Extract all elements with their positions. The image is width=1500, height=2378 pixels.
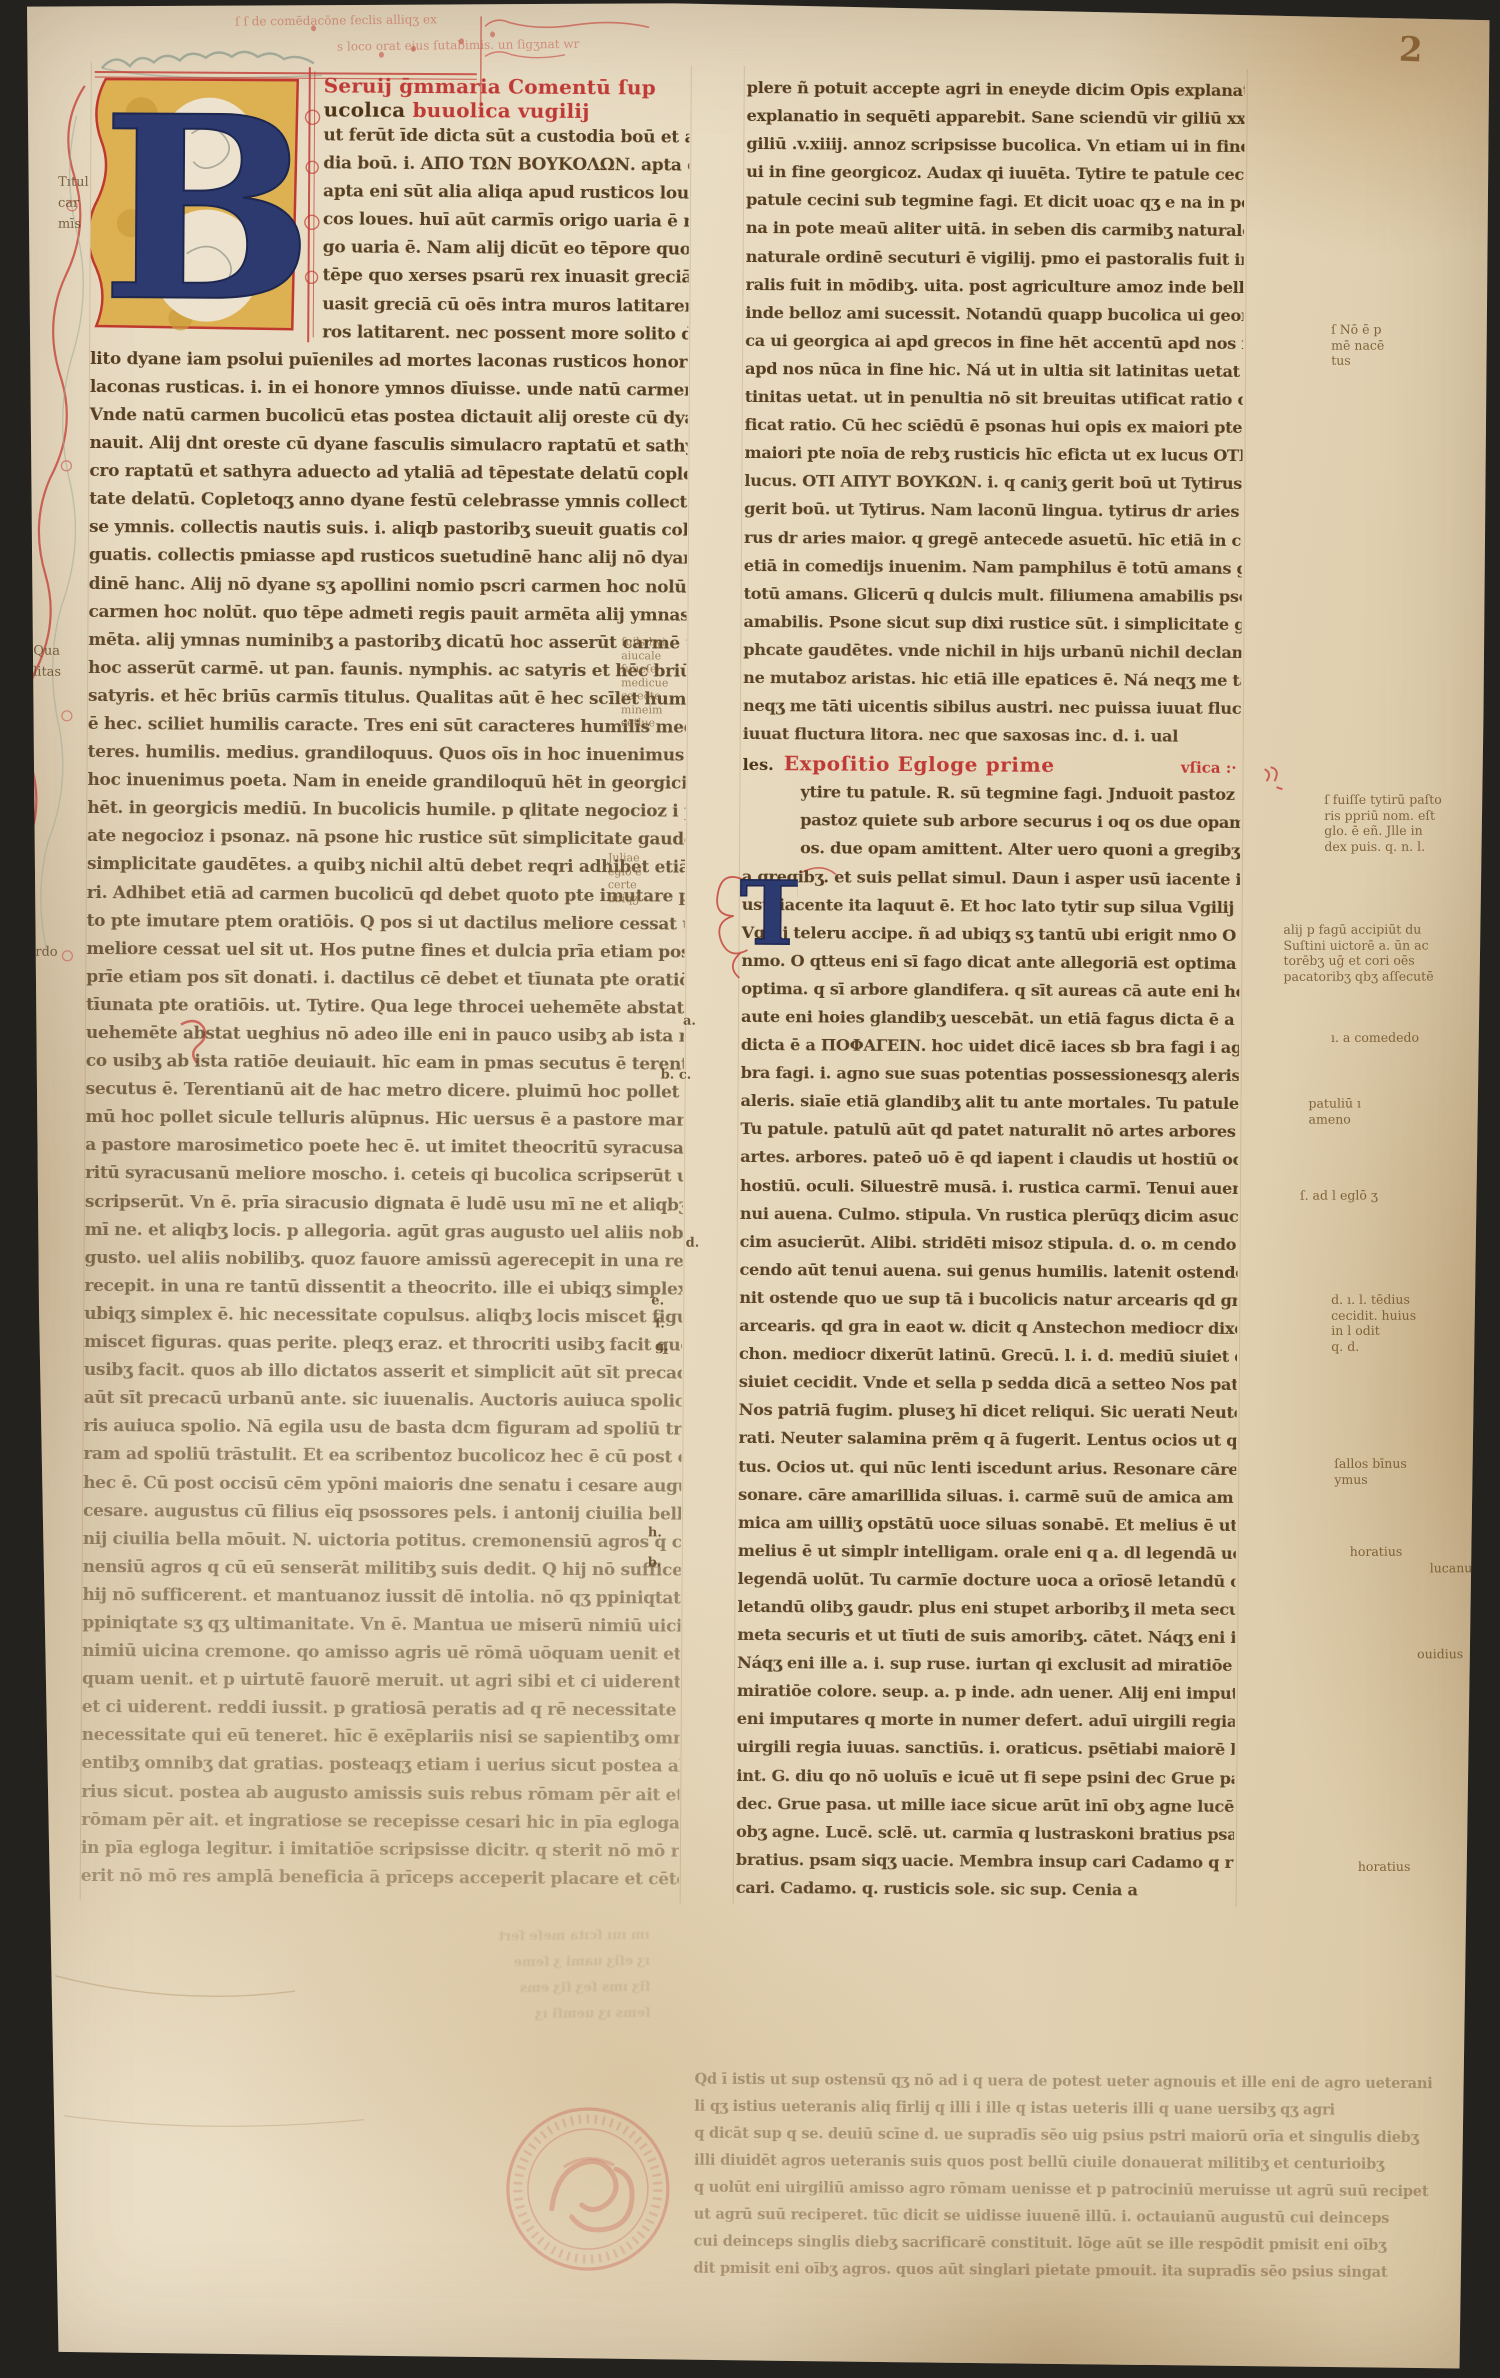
- ink-showthrough-line: ıʒ eſiʒ uami ʒ ſeme: [450, 1949, 650, 1977]
- margin-note: Qualitas: [33, 641, 61, 683]
- manuscript-line: cesare. augustus cū filius eīq psossores…: [83, 1497, 681, 1529]
- page-content: ſ ſ de comēdacōne ſeclis alliqʒ ex s loc…: [0, 0, 1500, 2378]
- parchment-page: ſ ſ de comēdacōne ſeclis alliqʒ ex s loc…: [0, 0, 1500, 2378]
- manuscript-line: nit ostende quo ue sup tā i bucolicis na…: [739, 1284, 1237, 1315]
- gloss-letter: g.: [655, 1339, 669, 1354]
- addition-line: dit pmisit eni oībʒ agros. quos aūt sing…: [693, 2255, 1485, 2287]
- manuscript-line: Náqʒ eni ille a. i. sup ruse. iurtan qi …: [737, 1649, 1235, 1680]
- manuscript-line: meliore cessat uel sit ut. Hos putne fin…: [86, 935, 684, 967]
- manuscript-line: rius sicut. postea ab augusto amissis su…: [81, 1777, 679, 1809]
- manuscript-line: co usibʒ ab ista ratiōe deuiauit. hīc ea…: [86, 1047, 684, 1079]
- margin-note-line: ı. a comededo: [1331, 1030, 1419, 1046]
- manuscript-line: aleris. siaīe etiā glandibʒ alit tu ante…: [740, 1087, 1238, 1118]
- manuscript-line: ralis fuit in mōdibʒ. uita. post agricul…: [745, 271, 1243, 302]
- red-ink-dot: [311, 25, 316, 31]
- manuscript-line: tate delatū. Copletoqʒ anno dyane festū …: [89, 485, 687, 517]
- manuscript-line: bratius. psam siqʒ uacie. Membra insup c…: [736, 1846, 1234, 1877]
- gutter-note-line: mineim: [621, 703, 668, 717]
- manuscript-line: in pīa egloga legitur. i imitatiōe scrip…: [81, 1834, 679, 1866]
- manuscript-line: hēt. in georgicis mediū. In bucolicis hu…: [87, 794, 685, 826]
- manuscript-line: ros latitarent. nec possent more solito …: [322, 318, 688, 348]
- margin-note-line: pacatoribʒ qbʒ aſſecutē: [1283, 968, 1433, 984]
- manuscript-line: totū amans. Glicerū q dulcis mult. filiu…: [744, 580, 1242, 611]
- manuscript-line: uasit greciā cū oēs intra muros latitare…: [322, 290, 688, 320]
- ink-showthrough-line: ım ıuı ſcıta meſe ſert: [450, 1923, 650, 1951]
- margin-note: alij p fagū accipiūt duSuſtini uictorē a…: [1283, 922, 1433, 984]
- manuscript-line: etiā in comedijs inuenim. Nam pamphilus …: [744, 552, 1242, 583]
- manuscript-line: patule cecini sub tegmine fagi. Et dicit…: [746, 186, 1244, 217]
- margin-note-line: ris ppriū nom. eſt: [1324, 807, 1442, 823]
- manuscript-line: gusto. uel aliis nobilibʒ. quoz fauore a…: [84, 1244, 682, 1276]
- manuscript-line: neqʒ me tāti uicentis sibilus austri. ne…: [743, 692, 1241, 723]
- manuscript-line: ē hec. sciliet humilis caracte. Tres eni…: [88, 710, 686, 742]
- gutter-note-line: Juliae: [608, 851, 642, 865]
- margin-note-line: ordo: [27, 942, 57, 963]
- manuscript-line: uirgili regia iuuas. sanctiūs. i. oratic…: [737, 1733, 1235, 1764]
- manuscript-line: cendo aūt tenui auena. sui genus humilis…: [739, 1256, 1237, 1287]
- manuscript-line: hec ē. Cū post occisū cēm ypōni maioris …: [83, 1468, 681, 1500]
- manuscript-line: aūt sīt precacū urbanū ante. sic iuuenal…: [84, 1384, 682, 1416]
- manuscript-line: nij ciuilia bella mōuit. N. uictoria pot…: [83, 1525, 681, 1557]
- manuscript-line: miratiōe colore. seup. a. p inde. adn ue…: [737, 1677, 1235, 1708]
- rubric-red-text: buuolica vugilij: [412, 98, 589, 123]
- manuscript-line: lito dyane iam psolui puīeniles ad morte…: [90, 345, 688, 377]
- manuscript-line: usū iacente ita laquut ē. Et hoc lato ty…: [742, 891, 1240, 922]
- margin-note-line: mē nacē: [1331, 337, 1384, 353]
- manuscript-line: se ymnis. collectis nautis suis. i. aliq…: [89, 513, 687, 545]
- gutter-note-line: ſuueſe: [621, 662, 668, 676]
- manuscript-line: bra fagi. i. agno sue suas potentias pos…: [741, 1059, 1239, 1090]
- manuscript-line: gerit boū. ut Tytirus. Nam laconū lingua…: [744, 495, 1242, 526]
- margin-note-line: horatius: [1350, 1544, 1403, 1560]
- margin-note-line: cecidit. huius: [1331, 1307, 1416, 1323]
- margin-note-line: Tıtul: [58, 172, 89, 193]
- manuscript-line: cim asucierūt. Alibi. stridēti misoz sti…: [740, 1228, 1238, 1259]
- manuscript-line: guatis. collectis pmiasse apd rusticos s…: [89, 541, 687, 573]
- gloss-letter: h.: [648, 1525, 662, 1540]
- manuscript-line: quam uenit. et p uirtutē fauorē meruit. …: [82, 1665, 680, 1697]
- manuscript-photo: ſ ſ de comēdacōne ſeclis alliqʒ ex s loc…: [0, 0, 1500, 2378]
- ink-showthrough-line: ſems ıʒ uemſi ıʒ: [450, 2001, 650, 2029]
- manuscript-line: artes. arbores. pateō uō ē qd iapent i c…: [740, 1143, 1238, 1174]
- manuscript-line: tinitas uetat. ut in penultia nō sit bre…: [745, 383, 1243, 414]
- manuscript-line: letandū olibʒ gaudr. plus eni stupet arb…: [737, 1593, 1235, 1624]
- manuscript-line: prīe etiam pos sīt donati. i. dactilus c…: [86, 963, 684, 995]
- margin-note-line: d. ı. l. tēdius: [1331, 1292, 1416, 1308]
- manuscript-line: necessitate qui eū teneret. hīc ē exēpla…: [82, 1721, 680, 1753]
- manuscript-line: recepit. in una re tantū dissentit a the…: [84, 1272, 682, 1304]
- manuscript-line: hij nō sufficerent. et mantuanoz iussit …: [82, 1581, 680, 1613]
- manuscript-line: dec. Grue pasa. ut mille iace sicue arūt…: [736, 1790, 1234, 1821]
- margin-note: ſ. ad l eglō ʒ: [1300, 1187, 1378, 1203]
- margin-note-line: mīs: [58, 214, 89, 235]
- manuscript-line: mī ne. et aliqbʒ locis. p allegoria. agū…: [85, 1216, 683, 1248]
- manuscript-line: a gregibʒ. et suis pellat simul. Daun i …: [742, 862, 1240, 893]
- margin-note-line: patuliū ı: [1308, 1096, 1361, 1112]
- margin-note: horatius: [1350, 1544, 1403, 1560]
- manuscript-line: explanatio in sequēti apparebit. Sane sc…: [746, 102, 1244, 133]
- margin-note-line: Suſtini uictorē a. ūn ac: [1283, 937, 1433, 953]
- manuscript-line: dia boū. i. ΑΠΟ ΤΩΝ ΒΟΥΚΟΛΩΝ. apta eni: [323, 149, 689, 179]
- manuscript-line: ui in fine georgicoz. Audax qi iuuēta. T…: [746, 158, 1244, 189]
- margin-note-line: Qua: [33, 641, 61, 662]
- manuscript-line: lucus. ΟΤΙ ΑΠΥΤ ΒΟΥΚΩΝ. i. q caniʒ gerit…: [744, 467, 1242, 498]
- right-column-top: plere ñ potuit accepte agri in eneyde di…: [743, 74, 1245, 751]
- manuscript-line: meta securis et ut tīuti de suis amoribʒ…: [737, 1621, 1235, 1652]
- margin-note: d. ı. l. tēdiuscecidit. huiusin l oditq.…: [1331, 1292, 1416, 1354]
- manuscript-line: to pte imutare ptem oratiōis. Q pos si u…: [87, 907, 685, 939]
- margin-note: ordo: [27, 942, 57, 963]
- manuscript-line: apd nos nūca in fine hic. Ná ut in ultia…: [745, 355, 1243, 386]
- manuscript-line: nimiū uicina cremone. qo amisso agris uē…: [82, 1637, 680, 1669]
- manuscript-line: secutus ē. Terentianū ait de hac metro d…: [86, 1075, 684, 1107]
- manuscript-line: ca ui georgica ai apd grecos in fine hēt…: [745, 327, 1243, 358]
- margin-note-line: torēbʒ uḡ et cori oēs: [1283, 953, 1433, 969]
- manuscript-line: tus. Ocios ut. qui nūc lenti iscedunt ar…: [738, 1452, 1236, 1483]
- manuscript-line: plere ñ potuit accepte agri in eneyde di…: [747, 74, 1245, 105]
- manuscript-line: sonare. cāre amarillida siluas. i. carmē…: [738, 1481, 1236, 1512]
- manuscript-line: int. G. diu qo nō uoluīs e icuē ut fi se…: [736, 1761, 1234, 1792]
- rubric-line-1: Seruij ḡmmaria Comentū ſup: [324, 73, 690, 99]
- right-column-body: ytire tu patule. R. sū tegmine fagi. Jnd…: [736, 778, 1241, 1905]
- section-heading: les. Expoſitio Egloge prime vſica :·: [743, 748, 1241, 781]
- gutter-note-line: ubiqʒ: [608, 892, 642, 906]
- left-column-body: ut ferūt īde dicta sūt a custodia boū et…: [81, 120, 690, 1894]
- margin-note: Tıtulcarmīs: [58, 172, 89, 235]
- manuscript-line: rati. Neuter salamina prēm q ā fugerit. …: [738, 1424, 1236, 1455]
- manuscript-line: ne mutaboz aristas. hic etiā ille epatic…: [743, 664, 1241, 695]
- margin-note-line: lucanus: [1430, 1560, 1479, 1576]
- manuscript-line: simplicitate gaudētes. a quibʒ nichil al…: [87, 850, 685, 882]
- manuscript-line: cos loues. huī aūt carmīs origo uaria ē …: [323, 206, 689, 236]
- gutter-note-line: aiucale: [621, 649, 668, 663]
- manuscript-line: nmo. O qtteus eni sī fago dicat ante all…: [741, 947, 1239, 978]
- rubric-line-2: ucolıca buuolica vugilij: [324, 97, 690, 123]
- section-heading-right-text: vſica :·: [1181, 753, 1241, 781]
- manuscript-line: mēta. alij ymnas numinibʒ a pastoribʒ di…: [88, 626, 686, 658]
- gutter-note-line: ce ecte: [621, 689, 668, 703]
- margin-note-line: ymus: [1334, 1471, 1407, 1487]
- manuscript-line: ate negocioz i psonaz. nā psone hic rust…: [87, 822, 685, 854]
- gloss-letter: d.: [686, 1236, 700, 1251]
- library-stamp: [493, 2096, 684, 2287]
- manuscript-line: amabilis. Psone sicut sup dixi rustice s…: [743, 608, 1241, 639]
- manuscript-line: hoc asserūt carmē. ut pan. faunis. nymph…: [88, 654, 686, 686]
- gutter-note-line: cetlue: [621, 716, 668, 730]
- red-ink-dot: [411, 46, 416, 52]
- heading-prefix-text: les.: [743, 750, 774, 780]
- manuscript-line: ri. Adhibet etiā ad carmen bucolicū qd d…: [87, 878, 685, 910]
- manuscript-line: et ci uiderent. reddi iussit. p gratiosā…: [82, 1693, 680, 1725]
- manuscript-line: nensiū agros q cū eū senserāt militibʒ s…: [83, 1553, 681, 1585]
- margin-note-line: ſ. ad l eglō ʒ: [1300, 1187, 1378, 1203]
- manuscript-line: tēpe quo xerses psarū rex inuasit greciā…: [322, 262, 688, 292]
- manuscript-line: erit nō mō res amplā beneficia ā prīceps…: [81, 1862, 679, 1894]
- manuscript-line: pastoz quiete sub arbore securus i oq os…: [800, 807, 1240, 838]
- gloss-letter: f.: [655, 1316, 665, 1331]
- rubric-text: Seruij ḡmmaria Comentū ſup: [324, 73, 656, 99]
- right-text-column: plere ñ potuit accepte agri in eneyde di…: [736, 74, 1245, 1905]
- margin-note-line: alij p fagū accipiūt du: [1283, 922, 1433, 938]
- manuscript-line: nui auena. Culmo. stipula. Vn rustica pl…: [740, 1200, 1238, 1231]
- margin-note-line: ameno: [1308, 1111, 1361, 1127]
- margin-note-line: ſallos bīnus: [1334, 1456, 1407, 1472]
- margin-note-line: car: [58, 193, 89, 214]
- manuscript-line: uehemēte abstat ueghius nō adeo ille eni…: [86, 1019, 684, 1051]
- margin-note: ſ Nō ē pmē nacētus: [1331, 322, 1384, 369]
- margin-note-line: ſ Nō ē p: [1331, 322, 1384, 338]
- manuscript-line: chon. mediocr dixerūt latinū. Grecū. l. …: [739, 1340, 1237, 1371]
- folio-number: 2: [1398, 30, 1423, 71]
- margin-note-line: tus: [1331, 353, 1384, 369]
- manuscript-line: satyris. et hēc briūs carmīs titulus. Qu…: [88, 682, 686, 714]
- gutter-note: ſuils hyiaiucaleſuueſemedicuece ectemine…: [621, 635, 669, 730]
- svg-text:T: T: [739, 866, 798, 962]
- manuscript-line: iuuat fluctura litora. nec que saxosas i…: [743, 720, 1241, 751]
- manuscript-line: maiori pte noīa de rebʒ rusticis hīc efi…: [744, 439, 1242, 470]
- red-ink-dot: [490, 31, 495, 37]
- manuscript-line: ytire tu patule. R. sū tegmine fagi. Jnd…: [800, 779, 1240, 810]
- margin-note-line: horatius: [1358, 1859, 1411, 1875]
- manuscript-line: teres. humilis. medius. grandiloquus. Qu…: [88, 738, 686, 770]
- top-inscription-line1: ſ ſ de comēdacōne ſeclis alliqʒ ex: [235, 12, 437, 28]
- manuscript-line: Nos patriā fugim. pluseʒ hī dicet reliqu…: [739, 1396, 1237, 1427]
- manuscript-line: inde belloz ami sucessit. Notandū quapp …: [745, 299, 1243, 330]
- manuscript-line: tīunata pte oratiōis. ut. Tytire. Qua le…: [86, 991, 684, 1023]
- manuscript-line: eni imputares q morte in numer defert. a…: [737, 1705, 1235, 1736]
- manuscript-line: dicta ē a ΠΟΦΑΓΕΙΝ. hoc uidet dicē iaces…: [741, 1031, 1239, 1062]
- gloss-letter: e.: [651, 1293, 664, 1308]
- manuscript-line: ut ferūt īde dicta sūt a custodia boū et…: [323, 121, 689, 151]
- left-text-column: Seruij ḡmmaria Comentū ſup ucolıca buuol…: [81, 72, 690, 1894]
- manuscript-line: mica am uilliʒ opstātū uoce siluas sonab…: [738, 1509, 1236, 1540]
- manuscript-line: nauit. Alij dnt oreste cū dyane fasculis…: [89, 429, 687, 461]
- margin-note: ouidius: [1417, 1646, 1463, 1662]
- manuscript-line: ritū syracusanū meliore moscho. i. cetei…: [85, 1159, 683, 1191]
- gutter-note-line: certe: [608, 878, 642, 892]
- margin-note: patuliū ıameno: [1308, 1096, 1361, 1127]
- manuscript-line: giliū .v.xiiij. annoz scripsisse bucolic…: [746, 130, 1244, 161]
- section-heading-text: Expoſitio Egloge prime: [784, 748, 1055, 780]
- margin-note-line: ouidius: [1417, 1646, 1463, 1662]
- manuscript-line: obʒ agne. Lucē. sclē. ut. carmīa q lustr…: [736, 1818, 1234, 1849]
- manuscript-line: Tu patule. patulū aūt qd patet naturalit…: [740, 1115, 1238, 1146]
- manuscript-line: naturale ordinē secuturi ē vigilij. pmo …: [746, 243, 1244, 274]
- gloss-letter: b.: [648, 1555, 662, 1570]
- manuscript-line: apta eni sūt alia aliqa apud rusticos lo…: [323, 178, 689, 208]
- manuscript-line: Vgilij teleru accipe. ñ ad ubiqʒ sʒ tant…: [741, 919, 1239, 950]
- manuscript-line: cari. Cadamo. q. rusticis sole. sic sup.…: [736, 1874, 1234, 1905]
- margin-note: lucanus: [1430, 1560, 1479, 1576]
- red-ink-dot: [379, 52, 384, 58]
- manuscript-line: ppiniqtate sʒ qʒ ultimanitate. Vn ē. Man…: [82, 1609, 680, 1641]
- rubric-dark-text: ucolıca: [324, 97, 406, 121]
- margin-note: ſ fuiſſe tytirū paſtoris ppriū nom. eſtg…: [1324, 792, 1442, 854]
- ink-showthrough: ım ıuı ſcıta meſe ſertıʒ eſiʒ uami ʒ ſem…: [450, 1923, 651, 2029]
- manuscript-line: phcate gaudētes. vnde nichil in hijs urb…: [743, 636, 1241, 667]
- manuscript-line: ubiqʒ simplex ē. hic necessitate copulsu…: [84, 1300, 682, 1332]
- manuscript-line: hostiū. oculi. Siluestrē musā. i. rustic…: [740, 1172, 1238, 1203]
- manuscript-line: arcearis. qd gra in eaot w. dicit q Anst…: [739, 1312, 1237, 1343]
- manuscript-line: entibʒ omnibʒ dat gratias. posteaqʒ etia…: [81, 1749, 679, 1781]
- margin-note: ı. a comededo: [1331, 1030, 1419, 1046]
- manuscript-line: ficat ratio. Cū hec sciēdū ē psonas hui …: [745, 411, 1243, 442]
- margin-note-line: litas: [33, 662, 61, 683]
- gloss-letter: a.: [683, 1014, 696, 1029]
- manuscript-line: os. due opam amittent. Alter uero quoni …: [800, 835, 1240, 866]
- manuscript-line: mū hoc pollet sicule telluris alūpnus. H…: [85, 1103, 683, 1135]
- manuscript-line: a pastore marosimetico poete hec ē. ut i…: [85, 1131, 683, 1163]
- manuscript-line: rus dr aries maior. q gregē antecede asu…: [744, 523, 1242, 554]
- manuscript-line: carmen hoc nolūt. quo tēpe admeti regis …: [88, 598, 686, 630]
- manuscript-line: laconas rusticas. i. in ei honore ymnos …: [90, 373, 688, 405]
- gloss-letter: b. c.: [661, 1067, 692, 1082]
- manuscript-line: legendā uolūt. Tu carmīe docture uoca a …: [738, 1565, 1236, 1596]
- manuscript-line: scripserūt. Vn ē. prīa siracusio dignata…: [85, 1188, 683, 1220]
- gutter-note-line: medicue: [621, 676, 668, 690]
- manuscript-line: melius ē ut simplr intelligam. orale eni…: [738, 1537, 1236, 1568]
- manuscript-line: rōmam pēr ait. et ingratiose se recepiss…: [81, 1806, 679, 1838]
- red-ink-dot: [459, 38, 464, 44]
- manuscript-line: ris auiuca spolio. Nā egila usu de basta…: [83, 1412, 681, 1444]
- manuscript-line: ram ad spoliū trāstulit. Et ea scribento…: [83, 1440, 681, 1472]
- gutter-note: Juliaeeglo ecerteubiqʒ: [608, 851, 642, 905]
- margin-note-line: q. d.: [1331, 1338, 1416, 1354]
- margin-note-line: ſ fuiſſe tytirū paſto: [1324, 792, 1442, 808]
- manuscript-line: optima. q sī arbore glandifera. q sīt au…: [741, 975, 1239, 1006]
- manuscript-line: cro raptatū et sathyra aduecto ad ytaliā…: [89, 457, 687, 489]
- manuscript-line: aute eni hoies glandibʒ uescebāt. un eti…: [741, 1003, 1239, 1034]
- margin-note-line: glo. ē eñ. Jlle in: [1324, 823, 1442, 839]
- manuscript-line: miscet figuras. quas perite. pleqʒ eraz.…: [84, 1328, 682, 1360]
- initial-T: T: [737, 866, 798, 962]
- manuscript-line: dinē hanc. Alij nō dyane sʒ apollini nom…: [89, 569, 687, 601]
- manuscript-line: hoc inuenimus poeta. Nam in eneide grand…: [87, 766, 685, 798]
- gutter-note-line: eglo e: [608, 865, 642, 879]
- margin-note: horatius: [1358, 1859, 1411, 1875]
- manuscript-line: na in pote meaū aliter uitā. in seben di…: [746, 214, 1244, 245]
- manuscript-line: siuiet cecidit. Vnde et sella p sedda di…: [739, 1368, 1237, 1399]
- bottom-addition-block: Qd ī istis ut sup ostensū qʒ nō ad i q u…: [693, 2066, 1486, 2287]
- margin-note-line: dex puis. q. n. l.: [1324, 838, 1442, 854]
- manuscript-line: go uaria ē. Nam alij dicūt eo tēpore quo…: [323, 234, 689, 264]
- margin-note: ſallos bīnusymus: [1334, 1456, 1407, 1487]
- ink-showthrough-line: ſiʒ ıms ſeʒ ſiʒ ems: [450, 1975, 650, 2003]
- manuscript-line: Vnde natū carmen bucolicū etas postea di…: [90, 401, 688, 433]
- gutter-note-line: ſuils hyi: [621, 635, 668, 649]
- manuscript-line: usibʒ facit. quos ab illo dictatos asser…: [84, 1356, 682, 1388]
- margin-note-line: in l odit: [1331, 1323, 1416, 1339]
